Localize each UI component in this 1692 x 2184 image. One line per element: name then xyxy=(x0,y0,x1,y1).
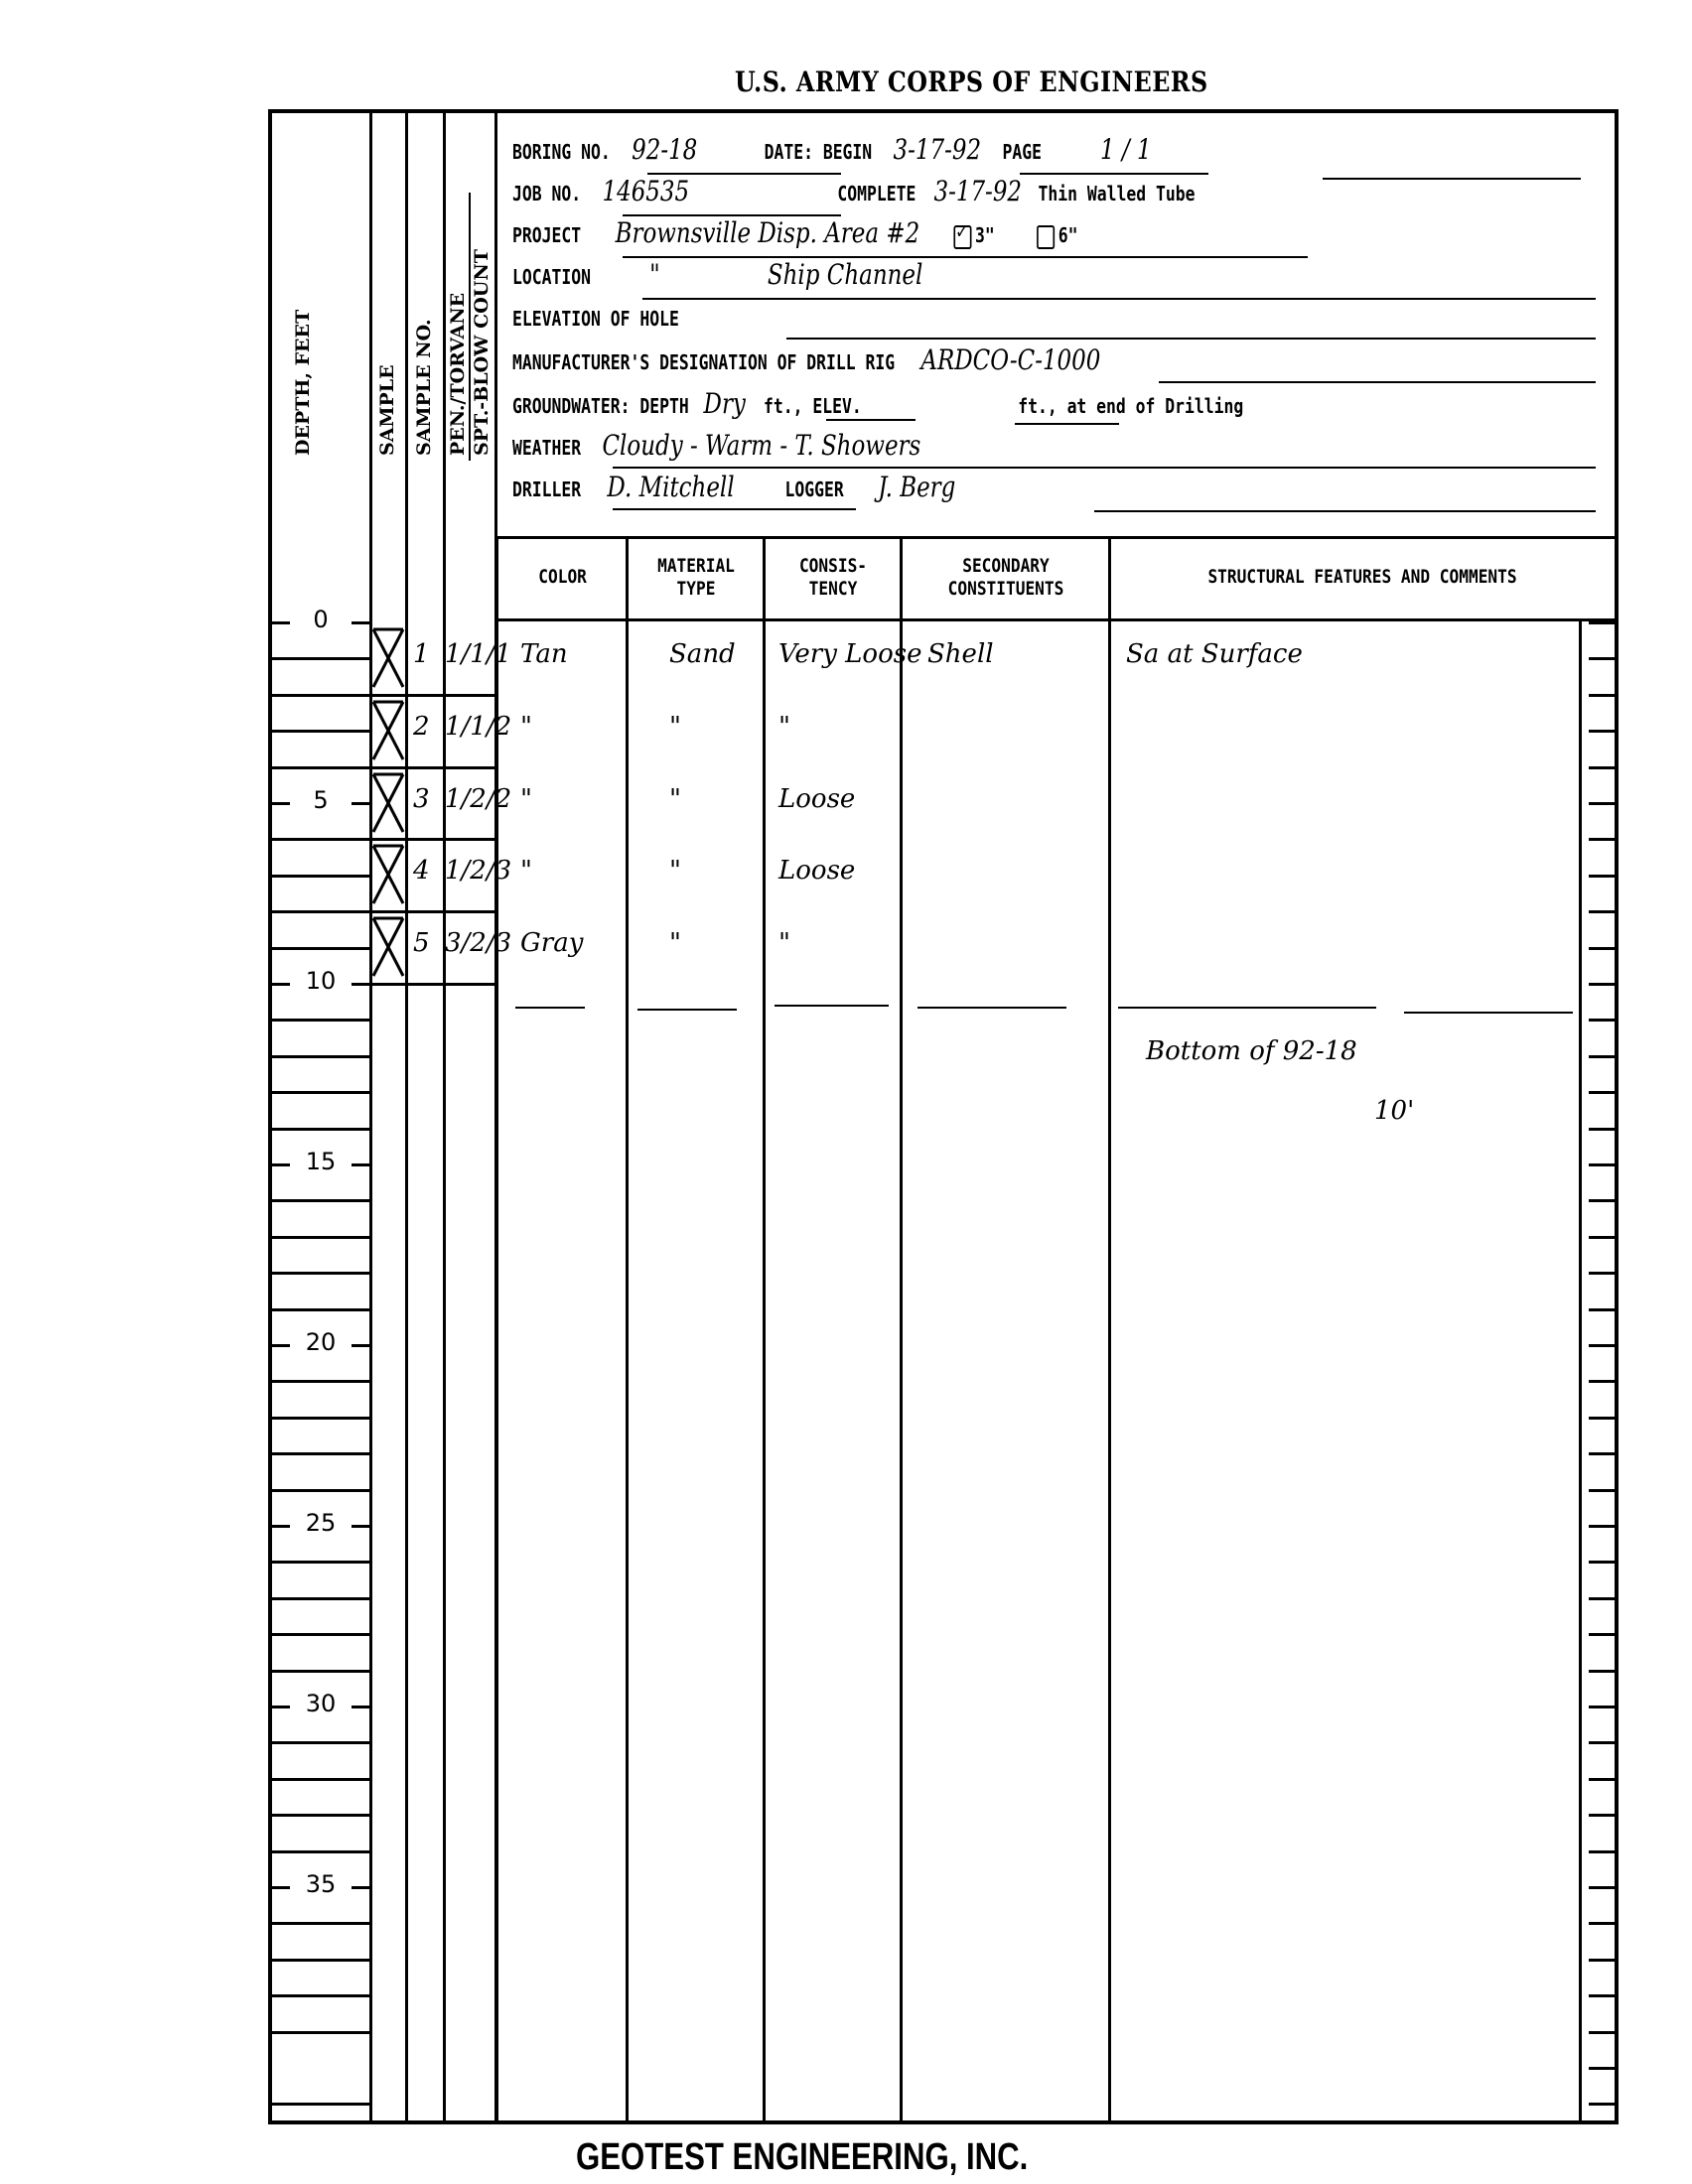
depth-tick xyxy=(272,1850,369,1853)
left-columns: DEPTH, FEET SAMPLE SAMPLE NO. PEN./TORVA… xyxy=(272,113,498,2120)
depth-tick xyxy=(272,875,369,878)
project-label: PROJECT xyxy=(512,223,581,247)
secondary-value: Shell xyxy=(927,639,994,669)
depth-label: 5 xyxy=(272,786,369,814)
color-value: " xyxy=(520,856,532,886)
thin-walled-tube-label: Thin Walled Tube xyxy=(1038,182,1195,205)
depth-label: 10 xyxy=(272,967,369,995)
depth-tick xyxy=(272,1814,369,1817)
depth-tick xyxy=(272,2031,369,2034)
depth-tick xyxy=(272,1308,369,1311)
page-value[interactable]: 1 / 1 xyxy=(1100,133,1152,166)
bottom-depth-note: 10' xyxy=(1374,1096,1414,1126)
spt-blow-count-heading: SPT.-BLOW COUNT xyxy=(471,249,493,456)
material-value: " xyxy=(669,712,681,742)
sample-taken-icon xyxy=(371,842,405,907)
consistency-value: Loose xyxy=(778,784,855,814)
blow-count: 1/2/3 xyxy=(445,856,511,886)
end-of-drilling-label: ft., at end of Drilling xyxy=(1018,394,1243,418)
blow-count: 3/2/3 xyxy=(445,928,511,958)
tube-option-6in[interactable]: 6" xyxy=(1037,223,1077,247)
depth-tick xyxy=(272,766,369,769)
groundwater-depth-value[interactable]: Dry xyxy=(704,387,746,420)
project-value[interactable]: Brownsville Disp. Area #2 xyxy=(616,216,920,249)
depth-tick xyxy=(272,1091,369,1094)
boring-log-form: DEPTH, FEET SAMPLE SAMPLE NO. PEN./TORVA… xyxy=(268,109,1619,2124)
depth-tick xyxy=(272,730,369,733)
complete-label: COMPLETE xyxy=(837,182,916,205)
agency-title: U.S. ARMY CORPS OF ENGINEERS xyxy=(735,66,1208,98)
material-value: " xyxy=(669,928,681,958)
sample-taken-icon xyxy=(371,698,405,763)
color-value: " xyxy=(520,712,532,742)
consistency-value: Loose xyxy=(778,856,855,886)
checkbox-checked-icon[interactable] xyxy=(954,225,972,249)
column-secondary-constituents: SECONDARY CONSTITUENTS xyxy=(902,536,1110,621)
consistency-value: Very Loose xyxy=(778,639,921,669)
depth-feet-heading: DEPTH, FEET xyxy=(292,310,314,456)
consistency-value: " xyxy=(778,712,790,742)
depth-tick xyxy=(272,1380,369,1383)
location-value[interactable]: Ship Channel xyxy=(768,258,922,291)
depth-label: 15 xyxy=(272,1148,369,1175)
driller-value[interactable]: D. Mitchell xyxy=(607,471,734,503)
drill-rig-value[interactable]: ARDCO-C-1000 xyxy=(920,343,1100,376)
header-block: BORING NO. 92-18 DATE: BEGIN 3-17-92 PAG… xyxy=(498,113,1615,539)
material-value: Sand xyxy=(669,639,736,669)
blow-count: 1/2/2 xyxy=(445,784,511,814)
sample-taken-icon xyxy=(371,914,405,980)
depth-tick xyxy=(272,1272,369,1275)
blow-count: 1/1/1 xyxy=(445,639,511,669)
column-material-type: MATERIAL TYPE xyxy=(628,536,765,621)
material-value: " xyxy=(669,784,681,814)
consistency-value: " xyxy=(778,928,790,958)
depth-tick xyxy=(272,838,369,841)
sample-number: 5 xyxy=(413,928,430,958)
depth-tick xyxy=(272,1199,369,1202)
depth-tick xyxy=(272,910,369,913)
sample-number: 1 xyxy=(413,639,430,669)
divider xyxy=(443,113,446,2120)
job-no-label: JOB NO. xyxy=(512,182,581,205)
depth-tick xyxy=(272,1922,369,1925)
logger-value[interactable]: J. Berg xyxy=(878,471,955,503)
depth-tick xyxy=(272,1489,369,1492)
column-structural-features: STRUCTURAL FEATURES AND COMMENTS xyxy=(1110,536,1615,621)
depth-label: 30 xyxy=(272,1690,369,1717)
depth-tick xyxy=(272,1019,369,1022)
elevation-label: ELEVATION OF HOLE xyxy=(512,307,679,331)
depth-tick xyxy=(272,694,369,697)
depth-tick xyxy=(272,1128,369,1131)
sample-number: 2 xyxy=(413,712,430,742)
boring-no-label: BORING NO. xyxy=(512,140,611,164)
weather-label: WEATHER xyxy=(512,436,581,460)
color-value: " xyxy=(520,784,532,814)
sample-taken-icon xyxy=(371,625,405,691)
depth-tick xyxy=(272,1959,369,1962)
color-value: Gray xyxy=(520,928,583,958)
date-begin-value[interactable]: 3-17-92 xyxy=(894,133,982,166)
groundwater-depth-label: GROUNDWATER: DEPTH xyxy=(512,394,689,418)
comment-value: Sa at Surface xyxy=(1126,639,1303,669)
sample-number: 3 xyxy=(413,784,430,814)
job-no-value[interactable]: 146535 xyxy=(602,175,689,207)
column-color: COLOR xyxy=(498,536,628,621)
sample-heading: SAMPLE xyxy=(376,364,398,456)
depth-tick xyxy=(272,2103,369,2106)
checkbox-empty-icon[interactable] xyxy=(1037,225,1055,249)
depth-tick xyxy=(272,1633,369,1636)
weather-value[interactable]: Cloudy - Warm - T. Showers xyxy=(602,429,920,462)
depth-tick xyxy=(272,1452,369,1455)
bottom-note: Bottom of 92-18 xyxy=(1146,1036,1357,1066)
depth-tick xyxy=(272,1561,369,1564)
depth-tick xyxy=(272,1670,369,1673)
page-label: PAGE xyxy=(1002,140,1042,164)
material-value: " xyxy=(669,856,681,886)
tube-option-3in[interactable]: 3" xyxy=(954,223,995,247)
date-complete-value[interactable]: 3-17-92 xyxy=(933,175,1022,207)
logger-label: LOGGER xyxy=(784,478,843,501)
pen-torvane-heading: PEN./TORVANE xyxy=(447,293,469,456)
driller-label: DRILLER xyxy=(512,478,581,501)
depth-tick xyxy=(272,1236,369,1239)
location-ditto: " xyxy=(649,258,660,291)
divider xyxy=(369,113,372,2120)
depth-tick xyxy=(272,1994,369,1997)
boring-no-value[interactable]: 92-18 xyxy=(632,133,697,166)
color-value: Tan xyxy=(520,639,568,669)
drill-rig-label: MANUFACTURER'S DESIGNATION OF DRILL RIG xyxy=(512,350,895,374)
blow-count: 1/1/2 xyxy=(445,712,511,742)
depth-label: 35 xyxy=(272,1870,369,1898)
depth-label: 25 xyxy=(272,1509,369,1537)
depth-tick xyxy=(272,1417,369,1420)
location-label: LOCATION xyxy=(512,265,591,289)
depth-tick xyxy=(272,1741,369,1744)
sample-no-heading: SAMPLE NO. xyxy=(413,319,435,456)
depth-label: 20 xyxy=(272,1328,369,1356)
depth-tick xyxy=(272,1055,369,1058)
company-footer: GEOTEST ENGINEERING, INC. xyxy=(576,2136,1028,2179)
depth-tick xyxy=(272,1597,369,1600)
column-consistency: CONSIS- TENCY xyxy=(765,536,902,621)
divider xyxy=(405,113,408,2120)
sample-taken-icon xyxy=(371,770,405,836)
depth-tick xyxy=(272,657,369,660)
date-begin-label: DATE: BEGIN xyxy=(765,140,873,164)
depth-tick xyxy=(272,1778,369,1781)
depth-tick xyxy=(272,947,369,950)
sample-number: 4 xyxy=(413,856,430,886)
depth-label: 0 xyxy=(272,606,369,633)
groundwater-elev-label: ft., ELEV. xyxy=(764,394,862,418)
